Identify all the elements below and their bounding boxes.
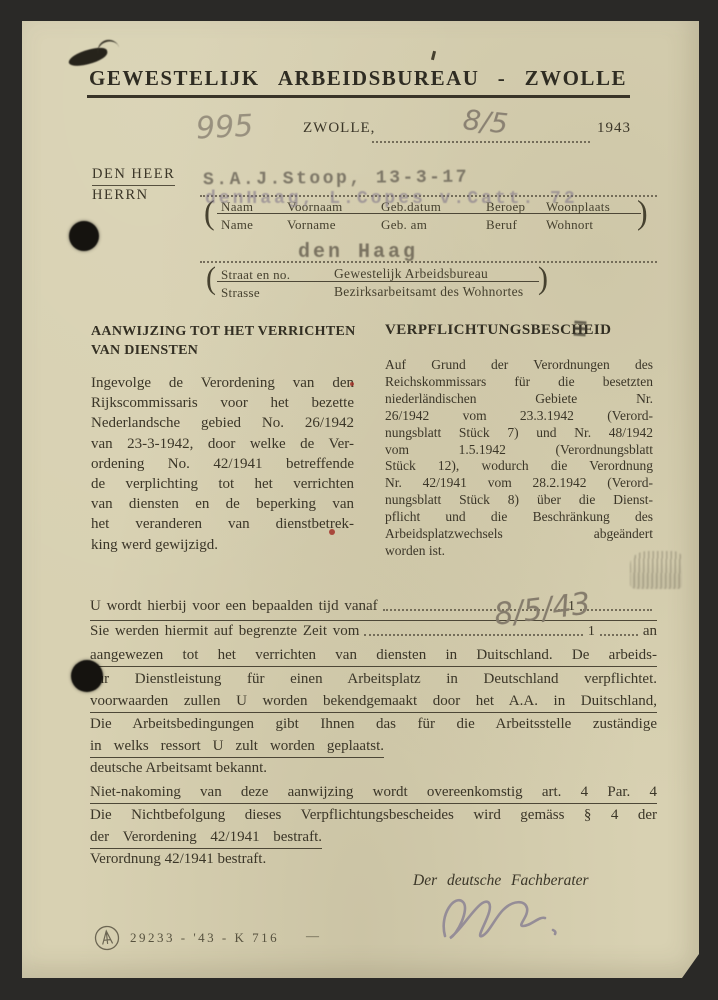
serial-number-handwritten: 995 <box>195 109 254 147</box>
body-line-nl: der Verordening 42/1941 bestraft. <box>90 829 322 849</box>
typed-city-stamp: den Haag <box>298 241 418 264</box>
left-heading-line1: AANWIJZING TOT HET VERRICHTEN <box>91 322 376 341</box>
assignment-row-de-suffix: an <box>643 623 657 640</box>
field-label-bezirksarbeitsamt: Bezirksarbeitsamt des Wohnortes <box>334 284 523 300</box>
body-line-de: deutsche Arbeitsamt bekannt. <box>90 760 267 777</box>
footer-dash: — <box>306 928 322 944</box>
right-paragraph-line: Auf Grund der Verordnungen des <box>385 357 653 374</box>
signatory-title: Der deutsche Fachberater <box>413 872 589 890</box>
body-line-de: zur Dienstleistung für einen Arbeitsplat… <box>90 671 657 688</box>
body-line-de: Die Arbeitsbedingungen gibt Ihnen das fü… <box>90 716 657 733</box>
left-paragraph-line: ordening No. 42/1941 betreffende <box>91 454 354 474</box>
left-column-paragraph: Ingevolge de Verordening van den Rijksco… <box>91 373 354 555</box>
body-line-de: Verordnung 42/1941 bestraft. <box>90 851 266 868</box>
body-line-nl: voorwaarden zullen U worden bekendgemaak… <box>90 693 657 713</box>
assignment-row-de: Sie werden hiermit auf begrenzte Zeit vo… <box>90 623 657 640</box>
left-paragraph-line: Nederlandsche gebied No. 26/1942 <box>91 413 354 433</box>
right-paragraph-line: Nr. 42/1941 vom 28.2.1942 (Verord- <box>385 475 653 492</box>
right-column-paragraph: Auf Grund der Verordnungen des Reichskom… <box>385 357 653 560</box>
punch-hole <box>71 660 103 692</box>
right-paragraph-line: Reichskommissars für die besetzten <box>385 374 653 391</box>
footnote-marker-2: 1 <box>588 624 595 640</box>
letterhead-underline <box>87 95 630 98</box>
left-paragraph-line: van diensten en de beperking van <box>91 494 354 514</box>
printer-monogram-icon <box>91 922 124 955</box>
signature-scrawl <box>435 890 585 946</box>
faint-stamp <box>630 551 682 589</box>
assignment-row-nl-text: U wordt hierbij voor een bepaalden tijd … <box>90 598 378 615</box>
letterhead-word-2: ARBEIDSBUREAU <box>278 66 480 91</box>
dateline-year: 1943 <box>597 120 631 137</box>
left-paragraph-line: van 23-3-1942, door welke de Ver- <box>91 434 354 454</box>
field-label-vorname: Vorname <box>287 217 336 233</box>
letterhead-dash: - <box>498 66 507 91</box>
field-label-name: Name <box>221 217 253 233</box>
right-paragraph-line: nungsblatt Stück 7) und Nr. 48/1942 <box>385 425 653 442</box>
dateline-handwritten-date: 8/5 <box>461 103 509 141</box>
field-label-straat: Straat en no. <box>221 267 290 283</box>
letterhead-title: GEWESTELIJK ARBEIDSBUREAU - ZWOLLE <box>89 66 627 91</box>
right-paragraph-line: 26/1942 vom 23.3.1942 (Verord- <box>385 408 653 425</box>
left-paragraph-line: de verplichting tot het verrichten <box>91 474 354 494</box>
field-label-beruf: Beruf <box>486 217 517 233</box>
red-speck <box>350 382 354 386</box>
addressee-nl: DEN HEER <box>92 166 175 186</box>
field-label-strasse: Strasse <box>221 285 260 301</box>
body-line-nl: aangewezen tot het verrichten van dienst… <box>90 647 657 667</box>
left-paragraph-line: het veranderen van dienstbetrek- <box>91 514 354 534</box>
right-paragraph-line: niederländischen Gebiete Nr. <box>385 391 653 408</box>
street-fill-line <box>200 243 657 263</box>
letterhead-word-3: ZWOLLE <box>525 66 627 91</box>
typed-address-line: denHaag, L.Copes v.Catt. 72 <box>205 189 578 209</box>
addressee-de: HERRN <box>92 187 149 204</box>
field-row1-paren-right: ) <box>637 195 648 229</box>
right-paragraph-line: pflicht und die Beschränkung des <box>385 509 653 526</box>
red-speck <box>329 529 335 535</box>
left-paragraph-line: king werd gewijzigd. <box>91 535 354 555</box>
body-line-nl: Niet-nakoming van deze aanwijzing wordt … <box>90 784 657 804</box>
fill-leader <box>364 634 582 636</box>
punch-hole <box>69 221 99 251</box>
body-line-nl: in welks ressort U zult worden geplaatst… <box>90 738 384 758</box>
assignment-row-de-text: Sie werden hiermit auf begrenzte Zeit vo… <box>90 623 359 640</box>
left-paragraph-line: Ingevolge de Verordening van den <box>91 373 354 393</box>
fill-leader <box>600 634 638 636</box>
body-line-de: Die Nichtbefolgung dieses Verpflichtungs… <box>90 807 657 824</box>
left-column-heading: AANWIJZING TOT HET VERRICHTEN VAN DIENST… <box>91 322 376 360</box>
field-label-gebam: Geb. am <box>381 217 427 233</box>
field-label-wohnort: Wohnort <box>546 217 593 233</box>
right-paragraph-line: vom 1.5.1942 (Verordnungsblatt <box>385 442 653 459</box>
print-code: 29233 - '43 - K 716 <box>130 930 279 946</box>
left-paragraph-line: Rijkscommissaris voor het bezette <box>91 393 354 413</box>
field-row2-paren-left: ( <box>206 263 216 295</box>
field-label-arbeidsbureau: Gewestelijk Arbeidsbureau <box>334 266 488 282</box>
left-heading-line2: VAN DIENSTEN <box>91 341 376 360</box>
document-scan: GEWESTELIJK ARBEIDSBUREAU - ZWOLLE 995 Z… <box>0 0 718 1000</box>
right-paragraph-line: Stück 12), wodurch die Verordnung <box>385 458 653 475</box>
field-row2-paren-right: ) <box>538 263 548 295</box>
right-paragraph-line: Arbeidsplatzwechsels abgeändert <box>385 526 653 543</box>
stamp-fragment <box>573 320 586 337</box>
letterhead-word-1: GEWESTELIJK <box>89 66 260 91</box>
right-paragraph-line: nungsblatt Stück 8) über die Dienst- <box>385 492 653 509</box>
dateline-place: ZWOLLE, <box>303 120 375 137</box>
right-paragraph-line: worden ist. <box>385 543 653 560</box>
typed-name-line: S.A.J.Stoop, 13-3-17 <box>203 168 469 191</box>
